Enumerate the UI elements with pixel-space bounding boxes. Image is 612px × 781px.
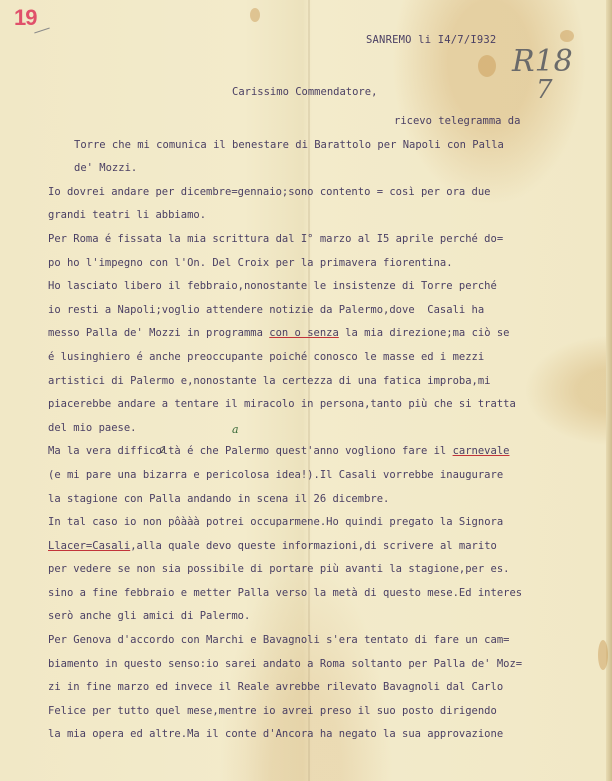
text-line: Llacer=Casali,alla quale devo queste inf… [48, 535, 593, 559]
stain [598, 640, 608, 670]
underlined-phrase: con o senza [269, 327, 339, 339]
text-line: la stagione con Palla andando in scena i… [48, 488, 593, 512]
text-line: (e mi pare una bizarra e pericolosa idea… [48, 464, 593, 488]
text-line: biamento in questo senso:io sarei andato… [48, 653, 593, 677]
letter-body: ricevo telegramma da Torre che mi comuni… [48, 110, 593, 747]
text-segment: potrei occuparmene.Ho quindi pregato la … [200, 516, 503, 528]
text-line: Felice per tutto quel mese,mentre io avr… [48, 700, 593, 724]
pencil-mark [34, 28, 50, 34]
stain [250, 8, 260, 22]
text-line: de' Mozzi. [48, 157, 593, 181]
text-segment: In tal caso io non [48, 516, 168, 528]
struck-out-text: pôààà [168, 516, 200, 528]
text-line: io resti a Napoli;voglio attendere notiz… [48, 299, 593, 323]
text-line: Ma la vera difficoltà é che Palermo ques… [48, 440, 593, 464]
text-line: po ho l'impegno con l'On. Del Croix per … [48, 252, 593, 276]
text-line: per vedere se non sia possibile di porta… [48, 558, 593, 582]
reference-mark: R18 [512, 44, 573, 79]
text-line: Io dovrei andare per dicembre=gennaio;so… [48, 181, 593, 205]
text-segment: la mia direzione;ma ciò se [339, 327, 510, 339]
text-line: serò anche gli amici di Palermo. [48, 605, 593, 629]
text-line: artistici di Palermo e,nonostante la cer… [48, 370, 593, 394]
text-segment: messo Palla de' Mozzi in programma [48, 327, 269, 339]
stain [560, 30, 574, 42]
text-line: In tal caso io non pôààà potrei occuparm… [48, 511, 593, 535]
text-line: é lusinghiero é anche preoccupante poich… [48, 346, 593, 370]
text-line: grandi teatri li abbiamo. [48, 204, 593, 228]
underlined-word: carnevale [453, 445, 510, 457]
place-date: SANREMO li I4/7/I932 [366, 34, 496, 46]
folio-number: 19 [14, 5, 36, 31]
text-line: zi in fine marzo ed invece il Reale avre… [48, 676, 593, 700]
text-segment: Ma la vera difficoltà é che Palermo ques… [48, 445, 453, 457]
stain [478, 55, 496, 77]
text-line: Ho lasciato libero il febbraio,nonostant… [48, 275, 593, 299]
salutation: Carissimo Commendatore, [232, 86, 377, 98]
text-line: la mia opera ed altre.Ma il conte d'Anco… [48, 723, 593, 747]
text-line: del mio paese. [48, 417, 593, 441]
text-line: piacerebbe andare a tentare il miracolo … [48, 393, 593, 417]
text-line: ricevo telegramma da [48, 110, 593, 134]
text-line: sino a fine febbraio e metter Palla vers… [48, 582, 593, 606]
letter-page: 19 R18 7 SANREMO li I4/7/I932 Carissimo … [0, 0, 612, 781]
archive-reference: R18 7 [512, 48, 573, 104]
underlined-name: Llacer=Casali [48, 540, 130, 552]
text-line: Per Roma é fissata la mia scrittura dal … [48, 228, 593, 252]
reference-sub: 7 [536, 76, 573, 104]
text-segment: ,alla quale devo queste informazioni,di … [130, 540, 497, 552]
text-line: Per Genova d'accordo con Marchi e Bavagn… [48, 629, 593, 653]
text-line: Torre che mi comunica il benestare di Ba… [48, 134, 593, 158]
text-line: messo Palla de' Mozzi in programma con o… [48, 322, 593, 346]
